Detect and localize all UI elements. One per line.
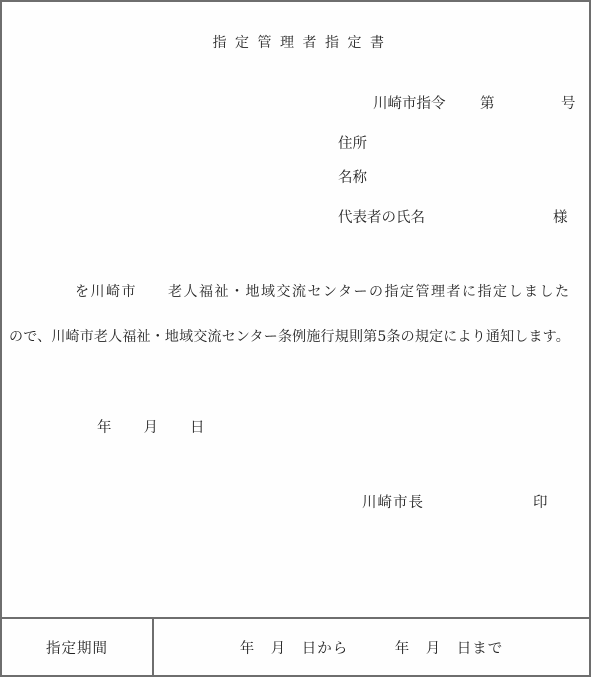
recipient-name-label: 名称 (338, 171, 367, 186)
recipient-address-label: 住所 (338, 137, 367, 152)
document-title: 指定管理者指定書 (2, 36, 589, 50)
designation-document-page: 指定管理者指定書 川崎市指令 第 号 住所 名称 代表者の氏名 様 を川崎市 老… (0, 0, 591, 677)
recipient-representative-label: 代表者の氏名 (338, 211, 425, 226)
issue-date-line: 年 月 日 (97, 421, 206, 436)
directive-prefix: 川崎市指令 (373, 97, 446, 112)
body-text-line2: ので、川崎市老人福祉・地域交流センター条例施行規則第5条の規定により通知します。 (9, 330, 570, 344)
recipient-honorific: 様 (553, 211, 568, 226)
designation-period-table: 指定期間 年 月 日から 年 月 日まで (2, 617, 589, 675)
issuer-mayor-name: 川崎市長 (362, 496, 424, 511)
directive-number-label: 第 (480, 97, 495, 112)
directive-number-suffix: 号 (561, 97, 576, 112)
seal-mark: 印 (533, 496, 548, 511)
period-value-cell: 年 月 日から 年 月 日まで (154, 619, 589, 675)
directive-number-line: 川崎市指令 第 号 (2, 97, 589, 113)
body-text-line1: を川崎市 老人福祉・地域交流センターの指定管理者に指定しました (75, 285, 570, 299)
period-label-cell: 指定期間 (2, 619, 154, 675)
